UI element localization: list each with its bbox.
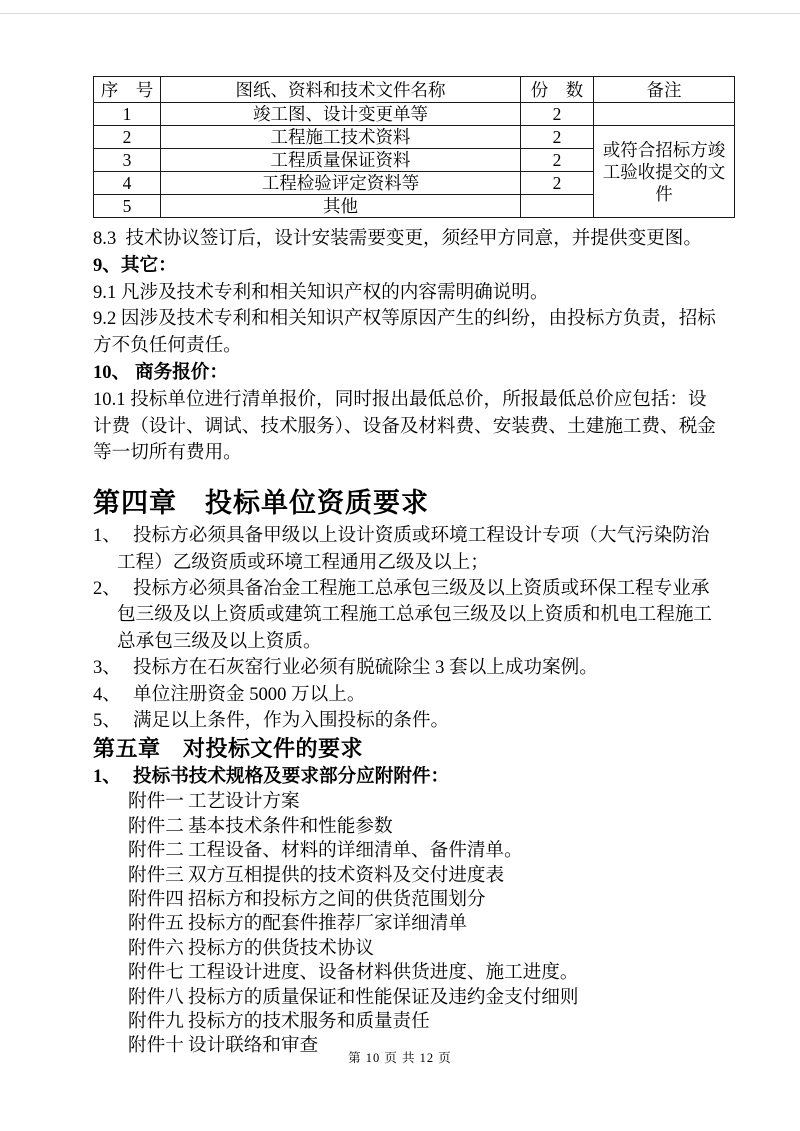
cell-name: 其他 bbox=[161, 195, 521, 218]
col-header-remark: 备注 bbox=[594, 77, 735, 103]
item-text: 投标书技术规格及要求部分应附附件： bbox=[133, 766, 449, 787]
table-row: 1 竣工图、设计变更单等 2 bbox=[94, 103, 735, 126]
col-header-no: 序 号 bbox=[94, 77, 161, 103]
item-number: 2、 bbox=[93, 576, 133, 602]
cell-copies: 2 bbox=[521, 149, 594, 172]
page-top-rule bbox=[0, 13, 800, 14]
qualification-item-1: 1、投标方必须具备甲级以上设计资质或环境工程设计专项（大气污染防治工程）乙级资质… bbox=[93, 523, 723, 576]
item-text: 单位注册资金 5000 万以上。 bbox=[133, 684, 365, 705]
attachment-row: 附件九投标方的技术服务和质量责任 bbox=[93, 1010, 723, 1034]
attachment-label: 附件九 bbox=[128, 1010, 188, 1034]
item-text: 满足以上条件，作为入围投标的条件。 bbox=[133, 710, 449, 731]
attachments-intro: 1、投标书技术规格及要求部分应附附件： bbox=[93, 764, 723, 790]
attachment-label: 附件二 bbox=[128, 815, 188, 839]
attachment-label: 附件五 bbox=[128, 912, 188, 936]
qualification-item-5: 5、满足以上条件，作为入围投标的条件。 bbox=[93, 708, 723, 734]
attachment-row: 附件四招标方和投标方之间的供货范围划分 bbox=[93, 888, 723, 912]
para-8-3: 8.3 技术协议签订后，设计安装需要变更，须经甲方同意，并提供变更图。 bbox=[93, 226, 723, 253]
item-text: 投标方必须具备甲级以上设计资质或环境工程设计专项（大气污染防治工程）乙级资质或环… bbox=[117, 525, 709, 572]
chapter4-title: 第四章 投标单位资质要求 bbox=[93, 485, 723, 521]
page-footer: 第 10 页 共 12 页 bbox=[0, 1050, 800, 1066]
item-text: 投标方必须具备冶金工程施工总承包三级及以上资质或环保工程专业承包三级及以上资质或… bbox=[117, 578, 712, 652]
qualification-item-2: 2、投标方必须具备冶金工程施工总承包三级及以上资质或环保工程专业承包三级及以上资… bbox=[93, 576, 723, 655]
para-9-2: 9.2 因涉及技术专利和相关知识产权等原因产生的纠纷，由投标方负责，招标方不负任… bbox=[93, 306, 723, 360]
attachment-title: 双方互相提供的技术资料及交付进度表 bbox=[188, 865, 504, 886]
cell-no: 3 bbox=[94, 149, 161, 172]
attachment-row: 附件一工艺设计方案 bbox=[93, 790, 723, 814]
cell-no: 5 bbox=[94, 195, 161, 218]
para-10-1: 10.1 投标单位进行清单报价，同时报出最低总价，所报最低总价应包括：设计费（设… bbox=[93, 387, 723, 467]
table-row: 2 工程施工技术资料 2 或符合招标方竣工验收提交的文件 bbox=[94, 126, 735, 149]
cell-name: 工程质量保证资料 bbox=[161, 149, 521, 172]
attachment-row: 附件六投标方的供货技术协议 bbox=[93, 937, 723, 961]
attachment-title: 基本技术条件和性能参数 bbox=[188, 816, 393, 837]
qualification-item-3: 3、投标方在石灰窑行业必须有脱硫除尘 3 套以上成功案例。 bbox=[93, 655, 723, 681]
attachment-title: 投标方的配套件推荐厂家详细清单 bbox=[188, 913, 467, 934]
document-page: 序 号 图纸、资料和技术文件名称 份 数 备注 1 竣工图、设计变更单等 2 2… bbox=[0, 0, 800, 1131]
attachment-title: 工程设计进度、设备材料供货进度、施工进度。 bbox=[188, 962, 578, 983]
para-9-1: 9.1 凡涉及技术专利和相关知识产权的内容需明确说明。 bbox=[93, 280, 723, 307]
attachment-label: 附件六 bbox=[128, 937, 188, 961]
attachment-title: 投标方的质量保证和性能保证及违约金支付细则 bbox=[188, 987, 578, 1008]
col-header-name: 图纸、资料和技术文件名称 bbox=[161, 77, 521, 103]
item-number: 4、 bbox=[93, 682, 133, 708]
attachment-label: 附件八 bbox=[128, 986, 188, 1010]
cell-copies: 2 bbox=[521, 103, 594, 126]
attachment-label: 附件二 bbox=[128, 839, 188, 863]
attachment-row: 附件八投标方的质量保证和性能保证及违约金支付细则 bbox=[93, 986, 723, 1010]
cell-name: 竣工图、设计变更单等 bbox=[161, 103, 521, 126]
cell-name: 工程施工技术资料 bbox=[161, 126, 521, 149]
cell-remark-merged: 或符合招标方竣工验收提交的文件 bbox=[594, 126, 735, 218]
attachment-row: 附件二基本技术条件和性能参数 bbox=[93, 815, 723, 839]
attachment-label: 附件七 bbox=[128, 961, 188, 985]
attachment-title: 工艺设计方案 bbox=[188, 791, 300, 812]
cell-no: 4 bbox=[94, 172, 161, 195]
deliverables-table: 序 号 图纸、资料和技术文件名称 份 数 备注 1 竣工图、设计变更单等 2 2… bbox=[93, 76, 735, 218]
clause-number: 10、 bbox=[93, 360, 135, 387]
attachment-row: 附件二工程设备、材料的详细清单、备件清单。 bbox=[93, 839, 723, 863]
cell-copies: 2 bbox=[521, 126, 594, 149]
table-header-row: 序 号 图纸、资料和技术文件名称 份 数 备注 bbox=[94, 77, 735, 103]
attachment-title: 招标方和投标方之间的供货范围划分 bbox=[188, 889, 486, 910]
clause-label: 商务报价： bbox=[135, 362, 228, 383]
item-number: 3、 bbox=[93, 655, 133, 681]
item-number: 1、 bbox=[93, 523, 133, 549]
qualification-item-4: 4、单位注册资金 5000 万以上。 bbox=[93, 682, 723, 708]
item-text: 投标方在石灰窑行业必须有脱硫除尘 3 套以上成功案例。 bbox=[133, 657, 598, 678]
attachment-title: 投标方的技术服务和质量责任 bbox=[188, 1011, 430, 1032]
heading-9-other: 9、其它： bbox=[93, 253, 723, 280]
attachment-label: 附件四 bbox=[128, 888, 188, 912]
attachments-list: 附件一工艺设计方案 附件二基本技术条件和性能参数 附件二工程设备、材料的详细清单… bbox=[93, 790, 723, 1058]
attachment-row: 附件七工程设计进度、设备材料供货进度、施工进度。 bbox=[93, 961, 723, 985]
attachment-title: 工程设备、材料的详细清单、备件清单。 bbox=[188, 840, 523, 861]
item-number: 5、 bbox=[93, 708, 133, 734]
cell-copies: 2 bbox=[521, 172, 594, 195]
cell-name: 工程检验评定资料等 bbox=[161, 172, 521, 195]
attachment-label: 附件三 bbox=[128, 864, 188, 888]
item-number: 1、 bbox=[93, 764, 133, 790]
chapter5-title: 第五章 对投标文件的要求 bbox=[93, 734, 723, 764]
attachment-row: 附件三双方互相提供的技术资料及交付进度表 bbox=[93, 864, 723, 888]
attachment-row: 附件五投标方的配套件推荐厂家详细清单 bbox=[93, 912, 723, 936]
col-header-copies: 份 数 bbox=[521, 77, 594, 103]
cell-no: 1 bbox=[94, 103, 161, 126]
attachment-title: 投标方的供货技术协议 bbox=[188, 938, 374, 959]
heading-10-commercial: 10、商务报价： bbox=[93, 360, 723, 387]
attachment-label: 附件一 bbox=[128, 790, 188, 814]
cell-remark bbox=[594, 103, 735, 126]
cell-no: 2 bbox=[94, 126, 161, 149]
cell-copies bbox=[521, 195, 594, 218]
